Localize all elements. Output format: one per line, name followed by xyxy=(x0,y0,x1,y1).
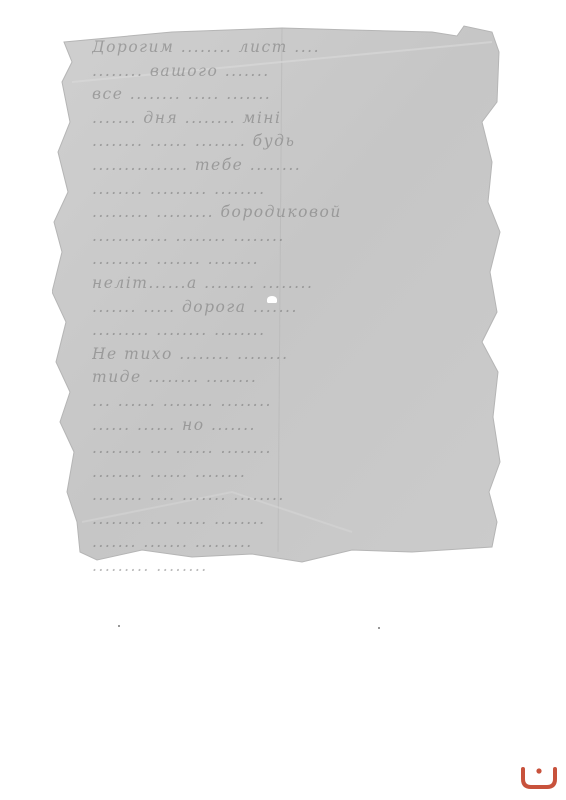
handwritten-line: ......... ........ xyxy=(92,555,492,579)
handwritten-line: ........ ......... ........ xyxy=(92,178,492,202)
handwritten-line: ... ...... ........ ........ xyxy=(92,390,492,414)
handwritten-line: ......... ........ ........ xyxy=(92,319,492,343)
handwritten-line: ...... ...... но ....... xyxy=(92,414,492,438)
red-curved-logo-icon xyxy=(519,763,559,791)
handwritten-line: Не тихо ........ ........ xyxy=(92,343,492,367)
dust-speck xyxy=(118,625,120,627)
handwritten-line: неліт......а ........ ........ xyxy=(92,272,492,296)
handwritten-line: ........ ... ...... ........ xyxy=(92,437,492,461)
handwritten-line: ......... ....... ........ xyxy=(92,248,492,272)
handwritten-line: ......... ......... бородиковой xyxy=(92,201,492,225)
handwritten-line: тиде ........ ........ xyxy=(92,366,492,390)
handwritten-line: Дорогим ........ лист .... xyxy=(92,36,492,60)
handwritten-line: ............... тебе ........ xyxy=(92,154,492,178)
handwritten-line: ....... ....... ......... xyxy=(92,531,492,555)
handwritten-line: ........ вашого ....... xyxy=(92,60,492,84)
handwritten-text: Дорогим ........ лист .... ........ вашо… xyxy=(92,36,492,579)
handwritten-line: ....... дня ........ міні xyxy=(92,107,492,131)
handwritten-line: ........ ...... ........ xyxy=(92,461,492,485)
handwritten-line: ....... ..... дорога ....... xyxy=(92,296,492,320)
handwritten-line: ........ ...... ........ будь xyxy=(92,130,492,154)
dust-speck xyxy=(378,627,380,629)
handwritten-line: ............ ........ ........ xyxy=(92,225,492,249)
scanned-letter-page: Дорогим ........ лист .... ........ вашо… xyxy=(52,22,502,570)
handwritten-line: ........ .... ....... ........ xyxy=(92,484,492,508)
handwritten-line: ........ ... ..... ........ xyxy=(92,508,492,532)
handwritten-line: все ........ ..... ....... xyxy=(92,83,492,107)
